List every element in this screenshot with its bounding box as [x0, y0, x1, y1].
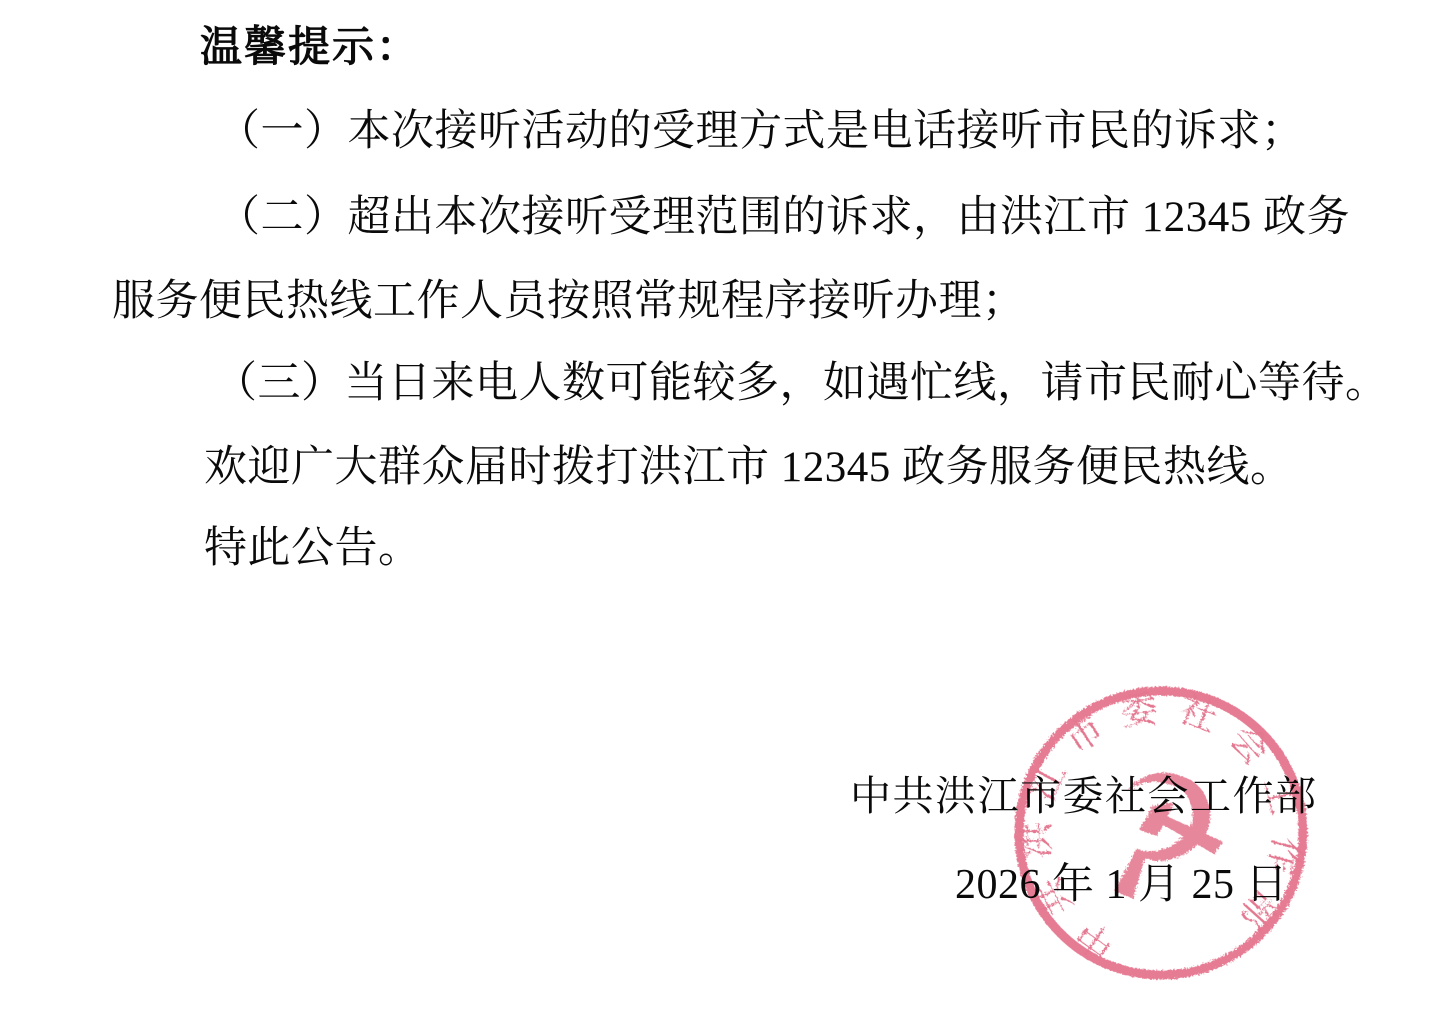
signature-date: 2026 年 1 月 25 日 — [955, 864, 1288, 906]
seal-outer-ring — [1007, 679, 1315, 987]
announcement-document: 温馨提示： （一）本次接听活动的受理方式是电话接听市民的诉求； （二）超出本次接… — [0, 0, 1433, 1032]
seal-ring-text: 中共洪江市委社会工作部 — [1003, 676, 1318, 973]
closing-line: 特此公告。 — [204, 527, 422, 570]
notice-item-2-line-2: 服务便民热线工作人员按照常规程序接听办理； — [112, 280, 1026, 323]
welcome-line: 欢迎广大群众届时拨打洪江市 12345 政务服务便民热线。 — [204, 446, 1294, 489]
notice-item-3: （三）当日来电人数可能较多，如遇忙线，请市民耐心等待。 — [214, 362, 1389, 405]
notice-item-1: （一）本次接听活动的受理方式是电话接听市民的诉求； — [217, 110, 1305, 153]
official-seal: 中共洪江市委社会工作部 ☭ — [1000, 672, 1322, 994]
notice-title: 温馨提示： — [200, 26, 420, 68]
hammer-sickle-icon: ☭ — [1071, 728, 1253, 942]
notice-item-2-line-1: （二）超出本次接听受理范围的诉求，由洪江市 12345 政务 — [217, 196, 1350, 239]
signature-organization: 中共洪江市委社会工作部 — [850, 776, 1318, 817]
svg-text:中共洪江市委社会工作部: 中共洪江市委社会工作部 — [1003, 676, 1318, 973]
